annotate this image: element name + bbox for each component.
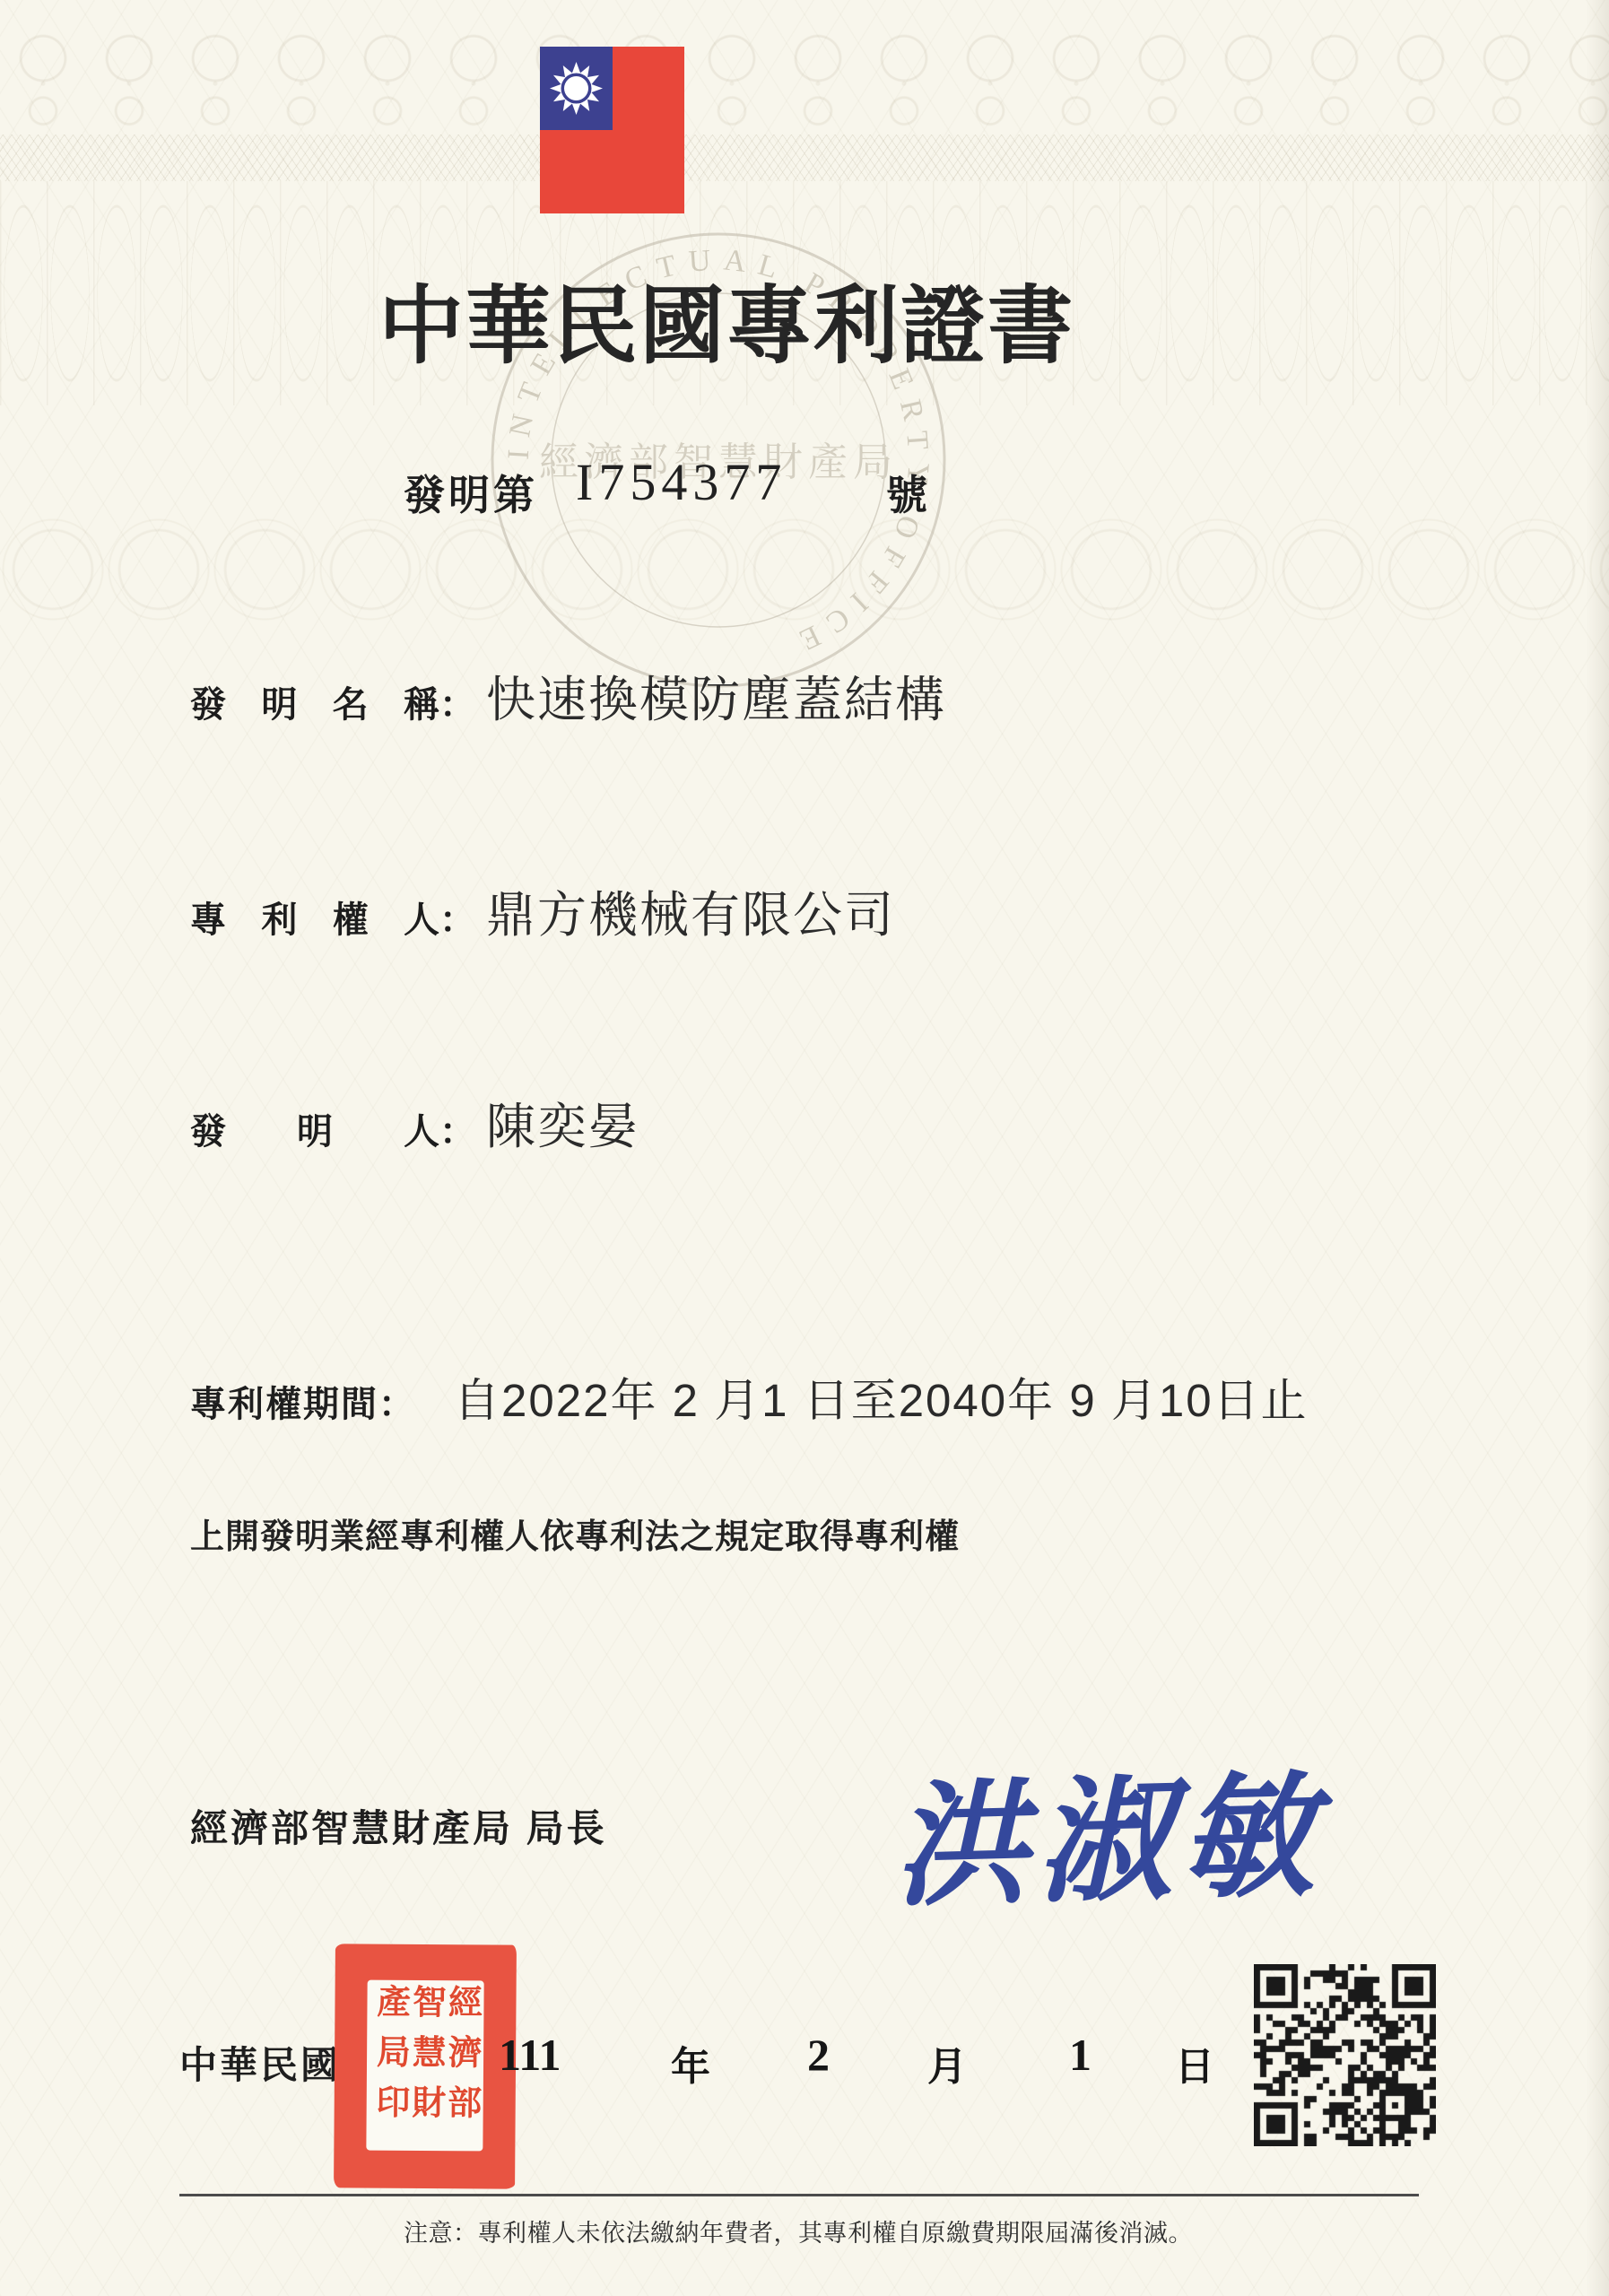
agency-title: 經濟部智慧財產局 局長 [190,1799,607,1853]
field-value: 陳奕晏 [486,1087,639,1158]
footer-divider [179,2194,1419,2196]
patent-number-prefix: 發明第 [404,463,538,522]
seal-column: 經濟部 [441,1984,478,2147]
date-day: 1 [1069,2029,1092,2081]
field-label: 發明人 [190,1103,439,1154]
patent-number: I754377 [576,452,787,512]
field-colon: ： [439,1103,475,1154]
patent-term-label: 專利權期間： [190,1376,416,1427]
field-colon: ： [439,676,475,727]
patent-term-value: 自2022年 2 月1 日至2040年 9 月10日止 [454,1363,1309,1430]
field-colon: ： [439,891,475,943]
field-label: 專利權人 [190,891,439,943]
field-row-patentee: 專利權人 ： 鼎方機械有限公司 [190,875,895,946]
white-sun-icon [540,47,613,130]
certificate-page: INTELLECTUAL PROPERTY OFFICE 經濟部智慧財產局 [0,0,1609,2296]
director-signature: 洪淑敏 [890,1727,1326,1932]
seal-column: 智慧財 [406,1984,443,2147]
footer-note: 注意：專利權人未依法繳納年費者，其專利權自原繳費期限屆滿後消滅。 [404,2213,1193,2248]
date-year: 111 [499,2029,561,2081]
date-day-unit: 日 [1175,2034,1214,2092]
field-row-inventor: 發明人 ： 陳奕晏 [190,1087,639,1158]
right-edge-shadow [1586,0,1609,2296]
qr-code [1254,1964,1436,2146]
date-month: 2 [807,2029,830,2081]
patent-term-row: 專利權期間： 自2022年 2 月1 日至2040年 9 月10日止 [190,1363,1309,1430]
field-label: 發明名稱 [190,676,439,727]
field-row-invention-name: 發明名稱 ： 快速換模防塵蓋結構 [190,660,946,731]
seal-column: 產局印 [370,1984,407,2147]
ornament-band-top [0,23,1609,133]
agency-seal-stamp: 經濟部 智慧財 產局印 [334,1944,517,2188]
agency-seal-inner: 經濟部 智慧財 產局印 [366,1980,483,2152]
date-era-label: 中華民國 [179,2036,341,2090]
field-value: 快速換模防塵蓋結構 [486,660,946,731]
woven-ribbon-band [0,135,1609,181]
taiwan-flag [540,47,684,213]
certificate-title: 中華民國專利證書 [378,258,1074,380]
legal-statement: 上開發明業經專利權人依專利法之規定取得專利權 [190,1509,960,1558]
date-month-unit: 月 [927,2034,967,2092]
field-value: 鼎方機械有限公司 [486,875,895,946]
flag-canton [540,47,613,130]
date-year-unit: 年 [671,2034,710,2092]
patent-number-suffix: 號 [886,463,927,522]
